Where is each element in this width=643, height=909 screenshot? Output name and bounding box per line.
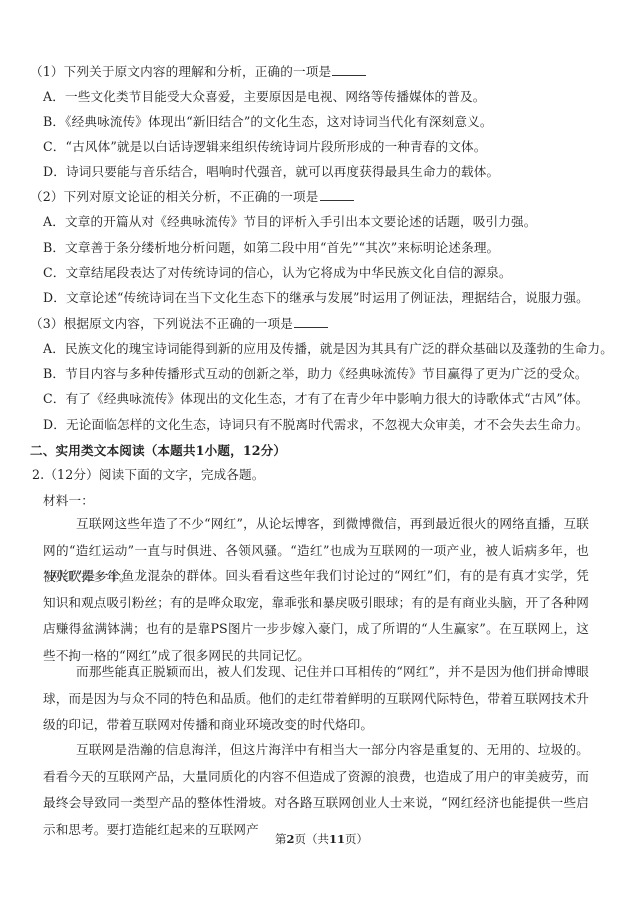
material-label: 材料一： bbox=[43, 493, 94, 509]
question-1-option-c: C．“古风体”就是以白话诗逻辑来组织传统诗词片段所形成的一种青春的文体。 bbox=[43, 139, 487, 155]
current-page: 2 bbox=[286, 832, 294, 846]
question-2-option-a: A．文章的开篇从对《经典咏流传》节目的评析入手引出本文要论述的话题，吸引力强。 bbox=[43, 214, 537, 230]
paragraph-2: “网红”是一个鱼龙混杂的群体。回头看看这些年我们讨论过的“网红”们，有的是有真才… bbox=[43, 563, 589, 669]
answer-blank bbox=[332, 64, 366, 76]
question-3-option-a: A．民族文化的瑰宝诗词能得到新的应用及传播，就是因为其具有广泛的群众基础以及蓬勃… bbox=[43, 341, 613, 357]
question-1-option-d: D．诗词只要能与音乐结合，唱响时代强音，就可以再度获得最具生命力的载体。 bbox=[43, 164, 499, 180]
question-3-stem: （3）根据原文内容，下列说法不正确的一项是 bbox=[30, 316, 328, 332]
paragraph-4: 互联网是浩瀚的信息海洋，但这片海洋中有相当大一部分内容是重复的、无用的、垃圾的。… bbox=[43, 737, 589, 843]
question-1-option-b: B．《经典咏流传》体现出“新旧结合”的文化生态，这对诗词当代化有深刻意义。 bbox=[43, 114, 493, 130]
page-number-footer: 第2页（共11页） bbox=[0, 831, 643, 847]
answer-blank bbox=[294, 316, 328, 328]
question-3-option-c: C．有了《经典咏流传》体现出的文化生态，才有了在青少年中影响力很大的诗歌体式“古… bbox=[43, 391, 588, 407]
paragraph-3: 而那些能真正脱颖而出，被人们发现、记住并口耳相传的“网红”，并不是因为他们拼命博… bbox=[43, 659, 589, 739]
question-2-option-c: C．文章结尾段表达了对传统诗词的信心，认为它将成为中华民族文化自信的源泉。 bbox=[43, 265, 512, 281]
question-2-option-b: B．文章善于条分缕析地分析问题，如第二段中用“首先”“其次”来标明论述条理。 bbox=[43, 240, 499, 256]
question-3-option-b: B．节目内容与多种传播形式互动的创新之举，助力《经典咏流传》节目赢得了更为广泛的… bbox=[43, 366, 588, 382]
question-2-intro: 2.（12分）阅读下面的文字，完成各题。 bbox=[32, 467, 265, 483]
section-heading: 二、实用类文本阅读（本题共1小题，12分） bbox=[30, 443, 286, 459]
answer-blank bbox=[320, 189, 354, 201]
total-pages: 11 bbox=[329, 832, 345, 846]
exam-page: （1）下列关于原文内容的理解和分析，正确的一项是 A．一些文化类节目能受大众喜爱… bbox=[0, 0, 643, 909]
question-2-option-d: D．文章论述“传统诗词在当下文化生态下的继承与发展”时运用了例证法，理据结合，说… bbox=[43, 290, 589, 306]
question-1-option-a: A．一些文化类节目能受大众喜爱，主要原因是电视、网络等传播媒体的普及。 bbox=[43, 89, 486, 105]
question-3-option-d: D．无论面临怎样的文化生态，诗词只有不脱离时代需求，不忽视大众审美，才不会失去生… bbox=[43, 417, 588, 433]
question-2-stem: （2）下列对原文论证的相关分析，不正确的一项是 bbox=[30, 189, 354, 205]
question-1-stem: （1）下列关于原文内容的理解和分析，正确的一项是 bbox=[30, 64, 366, 80]
